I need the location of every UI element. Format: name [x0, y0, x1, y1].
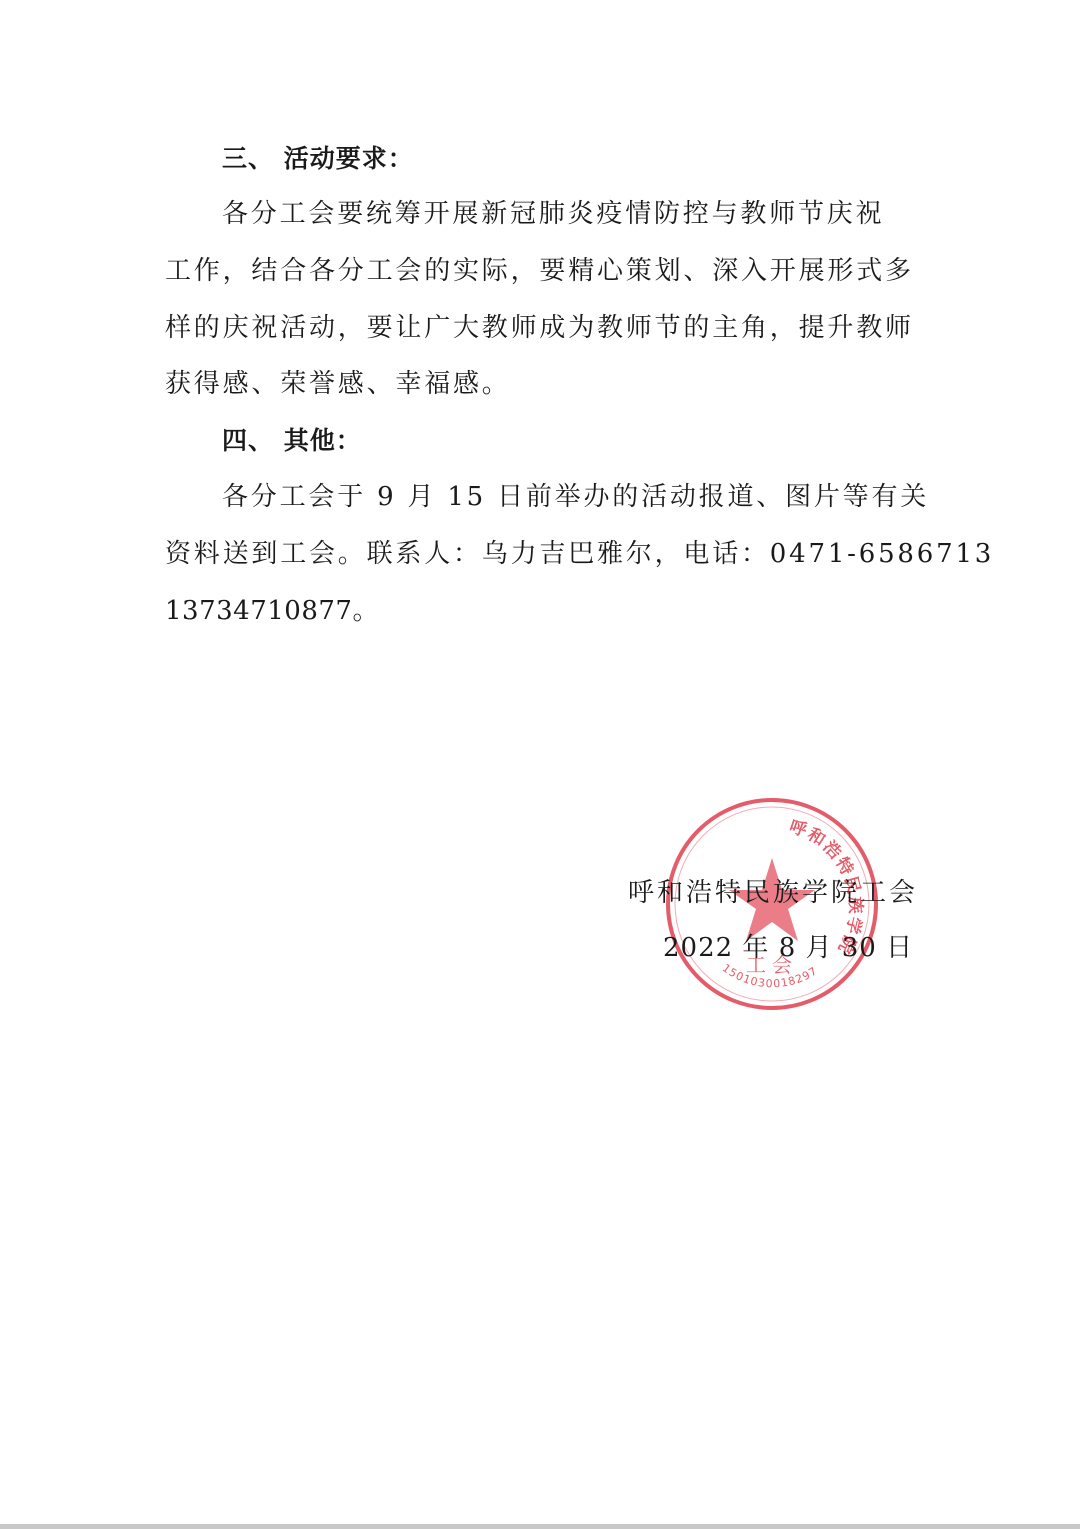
section-3-line-3: 样的庆祝活动，要让广大教师成为教师节的主角，提升教师: [165, 311, 925, 345]
section-4-line-1: 各分工会于 9 月 15 日前举办的活动报道、图片等有关: [222, 480, 982, 514]
signature-organization: 呼和浩特民族学院工会: [628, 876, 918, 910]
section-3-line-4: 获得感、荣誉感、幸福感。: [165, 367, 925, 401]
section-4-line-3: 13734710877。: [165, 594, 925, 628]
document-page: 三、 活动要求： 各分工会要统筹开展新冠肺炎疫情防控与教师节庆祝 工作，结合各分…: [0, 0, 1080, 1524]
section-4-heading: 四、 其他：: [222, 424, 982, 458]
scrollbar-track[interactable]: [0, 1524, 1080, 1529]
signature-date: 2022 年 8 月 30 日: [663, 931, 913, 965]
section-3-line-1: 各分工会要统筹开展新冠肺炎疫情防控与教师节庆祝: [222, 197, 982, 231]
section-3-line-2: 工作，结合各分工会的实际，要精心策划、深入开展形式多: [165, 254, 925, 288]
section-4-line-2: 资料送到工会。联系人：乌力吉巴雅尔，电话：0471-6586713: [165, 537, 925, 571]
section-3-heading: 三、 活动要求：: [222, 142, 982, 176]
